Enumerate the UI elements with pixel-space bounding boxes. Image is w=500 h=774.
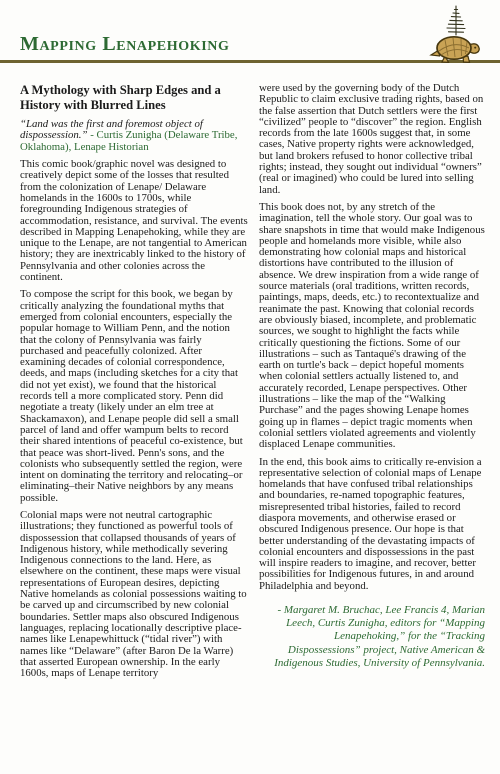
page-title: Mapping Lenapehoking [20, 33, 229, 56]
masthead: Mapping Lenapehoking [0, 0, 500, 63]
paragraph: In the end, this book aims to critically… [259, 457, 487, 593]
paragraph: To compose the script for this book, we … [20, 289, 248, 504]
article-heading: A Mythology with Sharp Edges and a Histo… [20, 83, 248, 112]
article-body: A Mythology with Sharp Edges and a Histo… [0, 63, 500, 685]
right-column: were used by the governing body of the D… [259, 83, 487, 685]
paragraph: This book does not, by any stretch of th… [259, 202, 487, 451]
header-rule [0, 60, 500, 63]
paragraph: Colonial maps were not neutral cartograp… [20, 510, 248, 679]
turtle-tree-icon [426, 4, 490, 64]
editor-credits: - Margaret M. Bruchac, Lee Francis 4, Ma… [259, 604, 487, 670]
left-column: A Mythology with Sharp Edges and a Histo… [20, 83, 248, 685]
pull-quote: “Land was the first and foremost object … [20, 119, 248, 153]
paragraph: This comic book/graphic novel was design… [20, 159, 248, 283]
paragraph: were used by the governing body of the D… [259, 83, 487, 196]
